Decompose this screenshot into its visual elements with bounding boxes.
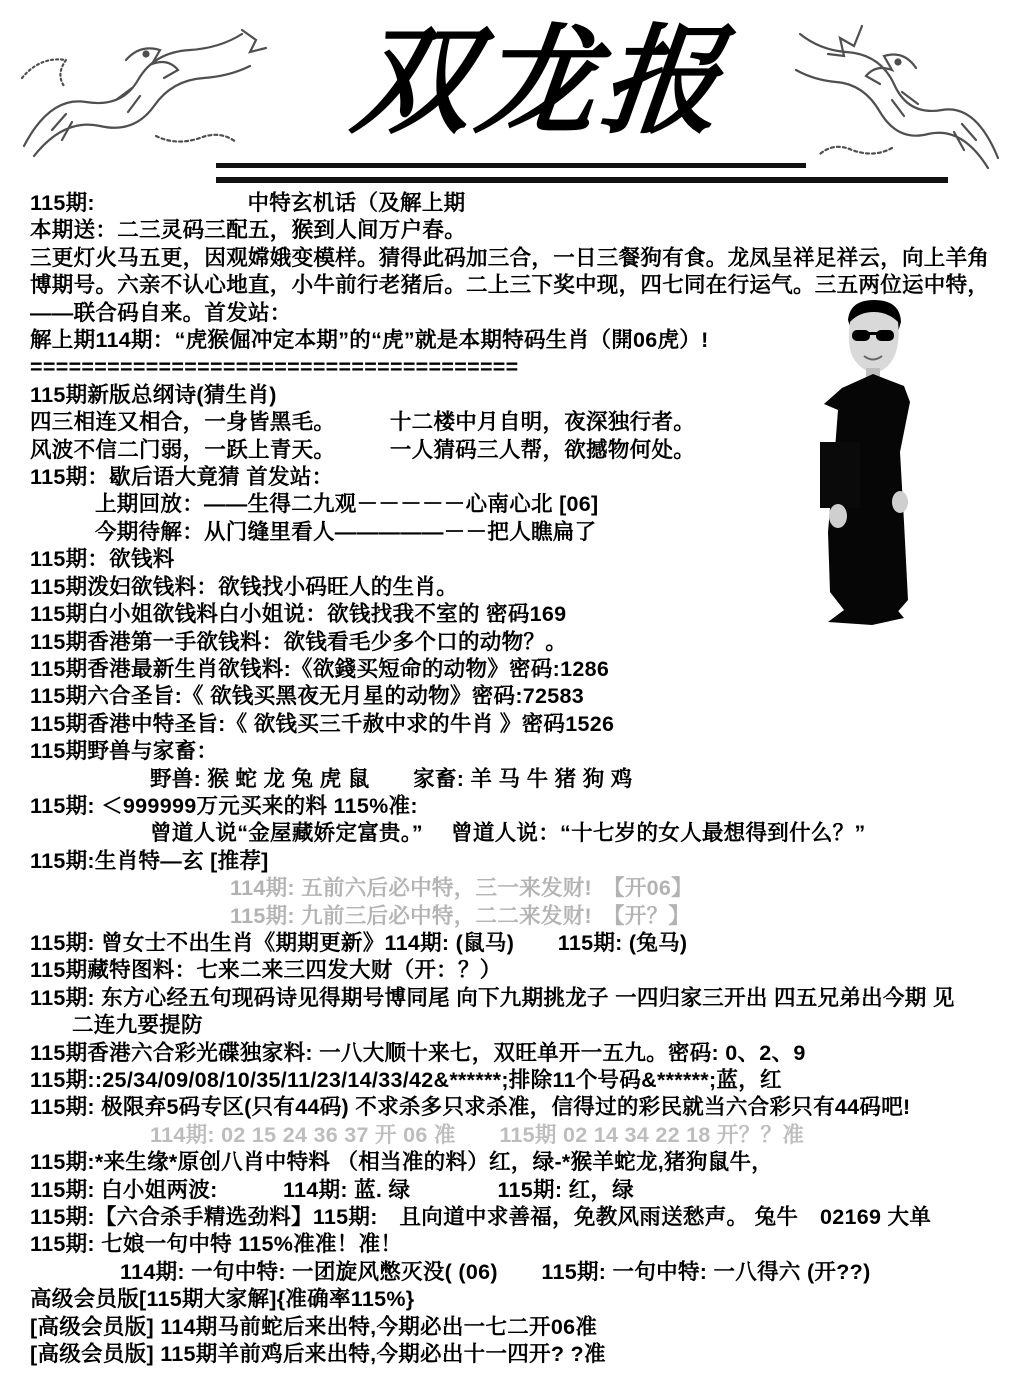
text-line: 115期: 曾女士不出生肖《期期更新》114期: (鼠马) 115期: (兔马) [30,930,1002,957]
text-line: ====================================== [30,354,1002,381]
text-line: 115期泼妇欲钱料：欲钱找小码旺人的生肖。 [30,574,1002,601]
text-line: 风波不信二门弱，一跃上青天。 一人猜码三人帮，欲撼物何处。 [30,437,1002,464]
text-line: 四三相连又相合，一身皆黑毛。 十二楼中月自明，夜深独行者。 [30,409,1002,436]
newspaper-page: 双龙报 115期: 中特玄机话（及解上期本期送：二三灵码三配五，猴到人间万户春。… [0,0,1016,1388]
text-line: 115期野兽与家畜： [30,738,1002,765]
page-title: 双龙报 [253,18,827,148]
text-line: 115期香港第一手欲钱料：欲钱看毛少多个口的动物？。 [30,629,1002,656]
text-line: 115期：歇后语大竟猜 首发站： [30,464,1002,491]
text-line: 115期: 中特玄机话（及解上期 [30,190,1002,217]
text-line: 115期：欲钱料 [30,546,1002,573]
text-line: 115期: 白小姐两波: 114期: 蓝. 绿 115期: 红，绿 [30,1177,1002,1204]
masthead: 双龙报 [260,18,820,163]
title-underline-bottom [216,177,948,183]
text-line: 115期: ＜999999万元买来的料 115%准: [30,793,1002,820]
text-line: 115期: 九前三后必中特，二二来发财! 【开？】 [230,903,1016,930]
text-line: [高级会员版] 115期羊前鸡后来出特,今期必出十一四开? ?准 [30,1341,1002,1368]
text-line: 115期:生肖特—玄 [推荐] [30,848,1002,875]
text-line: 二连九要提防 [72,1012,1016,1039]
text-line: 115期藏特图料：七来二来三四发大财（开：？） [30,957,1002,984]
text-line: 野兽: 猴 蛇 龙 兔 虎 鼠 家畜: 羊 马 牛 猪 狗 鸡 [150,766,1016,793]
text-line: 115期: 七娘一句中特 115%准准！准！ [30,1231,1002,1258]
text-line: 114期: 一句中特: 一团旋风憋灭没( (06) 115期: 一句中特: 一八… [120,1259,1016,1286]
text-line: 博期号。六亲不认心地直，小牛前行老猪后。二上三下奖中现，四七同在行运气。三五两位… [30,272,1002,299]
text-line: 上期回放：——生得二九观－－－－－心南心北 [06] [95,491,1016,518]
text-line: 本期送：二三灵码三配五，猴到人间万户春。 [30,217,1002,244]
text-line: 115期:*来生缘*原创八肖中特料 （相当准的料）红，绿-*猴羊蛇龙,猪狗鼠牛， [30,1149,1002,1176]
text-line: 115期: 东方心经五句现码诗见得期号博同尾 向下九期挑龙子 一四归家三开出 四… [30,985,1002,1012]
text-line: 解上期114期：“虎猴倔冲定本期”的“虎”就是本期特码生肖（開06虎）! [30,327,1002,354]
text-line: 115期香港最新生肖欲钱料:《欲錢买短命的动物》密码:1286 [30,656,1002,683]
text-line: 114期: 02 15 24 36 37 开 06 准 115期 02 14 3… [150,1122,1016,1149]
text-line: 115期新版总纲诗(猜生肖) [30,382,1002,409]
text-line: 高级会员版[115期大家解]{准确率115%} [30,1286,1002,1313]
text-line: 今期待解：从门缝里看人—————－－把人瞧扁了 [95,519,1016,546]
title-underline-top [216,163,806,168]
text-line: 115期::25/34/09/08/10/35/11/23/14/33/42&*… [30,1067,1002,1094]
text-line: 115期: 极限弃5码专区(只有44码) 不求杀多只求杀准，信得过的彩民就当六合… [30,1094,1002,1121]
text-line: 115期六合圣旨:《 欲钱买黑夜无月星的动物》密码:72583 [30,683,1002,710]
text-line: 115期:【六合杀手精选劲料】115期: 且向道中求善福，免教风雨送愁声。 兔牛… [30,1204,1002,1231]
text-line: 三更灯火马五更，因观嫦娥变模样。猜得此码加三合，一日三餐狗有食。龙凤呈祥足祥云，… [30,245,1002,272]
text-line: 115期香港中特圣旨:《 欲钱买三千赦中求的牛肖 》密码1526 [30,711,1002,738]
text-line: 115期白小姐欲钱料白小姐说：欲钱找我不室的 密码169 [30,601,1002,628]
text-column: 115期: 中特玄机话（及解上期本期送：二三灵码三配五，猴到人间万户春。三更灯火… [0,190,1016,1368]
text-line: 115期香港六合彩光碟独家料: 一八大顺十来七，双旺单开一五九。密码: 0、2、… [30,1040,1002,1067]
text-line: 114期: 五前六后必中特，三一来发财! 【开06】 [230,875,1016,902]
text-line: ——联合码自来。首发站： [30,300,1002,327]
text-line: 曾道人说“金屋藏娇定富贵。” 曾道人说：“十七岁的女人最想得到什么？” [150,820,1016,847]
text-line: [高级会员版] 114期马前蛇后来出特,今期必出一七二开06准 [30,1314,1002,1341]
